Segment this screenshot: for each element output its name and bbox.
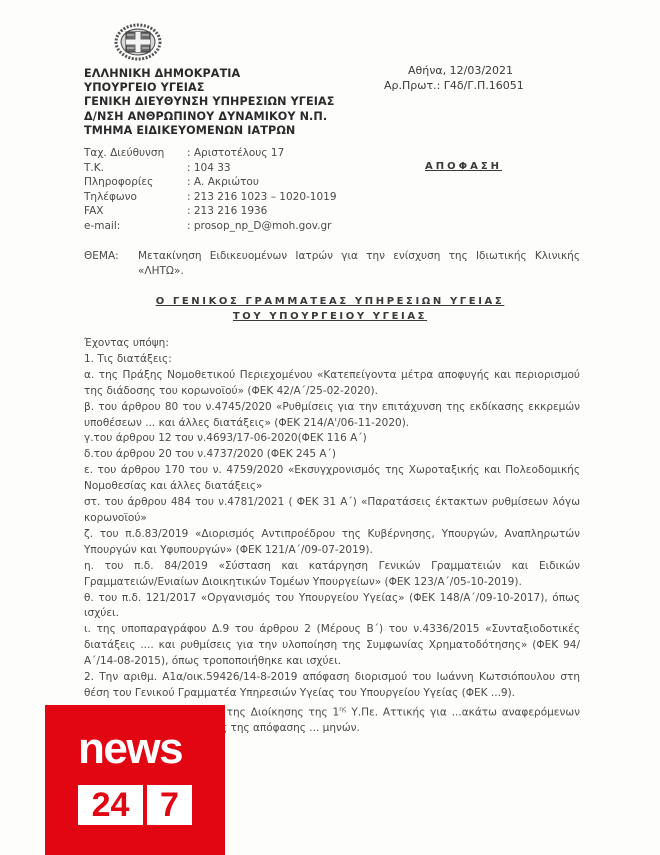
- logo-number-24: 24: [78, 785, 143, 825]
- clause: β. του άρθρου 80 του ν.4745/2020 «Ρυθμίσ…: [84, 400, 580, 432]
- subject: ΘΕΜΑ: Μετακίνηση Ειδικευομένων Ιατρών γι…: [84, 249, 580, 278]
- contact-label: Τηλέφωνο: [84, 190, 187, 205]
- item-2: 2. Την αριθμ. Α1α/οικ.59426/14-8-2019 απ…: [84, 670, 580, 702]
- contact-row: FAX: 213 216 1936: [84, 204, 337, 219]
- contact-row: Ταχ. Διεύθυνση: Αριστοτέλους 17: [84, 146, 337, 161]
- logo-word: news: [78, 727, 182, 771]
- issuer-heading: Ο ΓΕΝΙΚΟΣ ΓΡΑΜΜΑΤΕΑΣ ΥΠΗΡΕΣΙΩΝ ΥΓΕΙΑΣ ΤΟ…: [60, 294, 600, 324]
- news247-watermark-logo: news 24 7: [45, 705, 225, 855]
- contact-row: e-mail:: prosop_np_D@moh.gov.gr: [84, 219, 337, 234]
- org-line: ΥΠΟΥΡΓΕΙΟ ΥΓΕΙΑΣ: [84, 81, 335, 95]
- contact-info: Ταχ. Διεύθυνση: Αριστοτέλους 17 Τ.Κ.: 10…: [84, 146, 337, 234]
- contact-label: Τ.Κ.: [84, 161, 187, 176]
- logo-number-7: 7: [147, 785, 192, 825]
- clause: γ.του άρθρου 12 του ν.4693/17-06-2020(ΦΕ…: [84, 431, 580, 447]
- contact-row: Πληροφορίες: Α. Ακριώτου: [84, 175, 337, 190]
- clause: ζ. του π.δ.83/2019 «Διορισμός Αντιπροέδρ…: [84, 527, 580, 559]
- clause: δ.του άρθρου 20 του ν.4737/2020 (ΦΕΚ 245…: [84, 447, 580, 463]
- clause: η. του π.δ. 84/2019 «Σύσταση και κατάργη…: [84, 559, 580, 591]
- ordinal-superscript: ης: [339, 706, 346, 713]
- item-1-title: 1. Τις διατάξεις:: [84, 352, 580, 368]
- issuer-heading-line2: ΤΟΥ ΥΠΟΥΡΓΕΙΟΥ ΥΓΕΙΑΣ: [60, 309, 600, 324]
- date-protocol-block: Αθήνα, 12/03/2021 Αρ.Πρωτ.: Γ4δ/Γ.Π.1605…: [384, 64, 524, 93]
- org-line: ΤΜΗΜΑ ΕΙΔΙΚΕΥΟΜΕΝΩΝ ΙΑΤΡΩΝ: [84, 124, 335, 138]
- clause: ε. του άρθρου 170 του ν. 4759/2020 «Εκσυ…: [84, 463, 580, 495]
- issuer-heading-line1: Ο ΓΕΝΙΚΟΣ ΓΡΑΜΜΑΤΕΑΣ ΥΠΗΡΕΣΙΩΝ ΥΓΕΙΑΣ: [60, 294, 600, 309]
- contact-label: Πληροφορίες: [84, 175, 187, 190]
- contact-row: Τηλέφωνο: 213 216 1023 – 1020-1019: [84, 190, 337, 205]
- contact-value: : 213 216 1023 – 1020-1019: [187, 190, 337, 205]
- subject-label: ΘΕΜΑ:: [84, 249, 138, 278]
- contact-value: : 213 216 1936: [187, 204, 267, 219]
- contact-label: e-mail:: [84, 219, 187, 234]
- decision-title: ΑΠΟΦΑΣΗ: [425, 161, 502, 172]
- clause: θ. του π.δ. 121/2017 «Οργανισμός του Υπο…: [84, 591, 580, 623]
- document-date: Αθήνα, 12/03/2021: [384, 64, 524, 79]
- org-line: Δ/ΝΣΗ ΑΝΘΡΩΠΙΝΟΥ ΔΥΝΑΜΙΚΟΥ Ν.Π.: [84, 110, 335, 124]
- clause: α. της Πράξης Νομοθετικού Περιεχομένου «…: [84, 368, 580, 400]
- contact-value: : 104 33: [187, 161, 231, 176]
- contact-label: FAX: [84, 204, 187, 219]
- org-line: ΓΕΝΙΚΗ ΔΙΕΥΘΥΝΣΗ ΥΠΗΡΕΣΙΩΝ ΥΓΕΙΑΣ: [84, 95, 335, 109]
- contact-email: : prosop_np_D@moh.gov.gr: [187, 219, 331, 234]
- greek-coat-of-arms-icon: [114, 23, 162, 61]
- document-page: ΕΛΛΗΝΙΚΗ ΔΗΜΟΚΡΑΤΙΑ ΥΠΟΥΡΓΕΙΟ ΥΓΕΙΑΣ ΓΕΝ…: [0, 0, 660, 855]
- intro-line: Έχοντας υπόψη:: [84, 336, 580, 352]
- contact-label: Ταχ. Διεύθυνση: [84, 146, 187, 161]
- clause: ι. της υποπαραγράφου Δ.9 του άρθρου 2 (Μ…: [84, 622, 580, 670]
- issuing-authority: ΕΛΛΗΝΙΚΗ ΔΗΜΟΚΡΑΤΙΑ ΥΠΟΥΡΓΕΙΟ ΥΓΕΙΑΣ ΓΕΝ…: [84, 67, 335, 138]
- clause: στ. του άρθρου 484 του ν.4781/2021 ( ΦΕΚ…: [84, 495, 580, 527]
- document-body: Έχοντας υπόψη: 1. Τις διατάξεις: α. της …: [84, 336, 580, 737]
- subject-text: Μετακίνηση Ειδικευομένων Ιατρών για την …: [138, 249, 580, 278]
- org-line: ΕΛΛΗΝΙΚΗ ΔΗΜΟΚΡΑΤΙΑ: [84, 67, 335, 81]
- contact-value: : Α. Ακριώτου: [187, 175, 259, 190]
- contact-value: : Αριστοτέλους 17: [187, 146, 284, 161]
- contact-row: Τ.Κ.: 104 33: [84, 161, 337, 176]
- protocol-number: Αρ.Πρωτ.: Γ4δ/Γ.Π.16051: [384, 79, 524, 94]
